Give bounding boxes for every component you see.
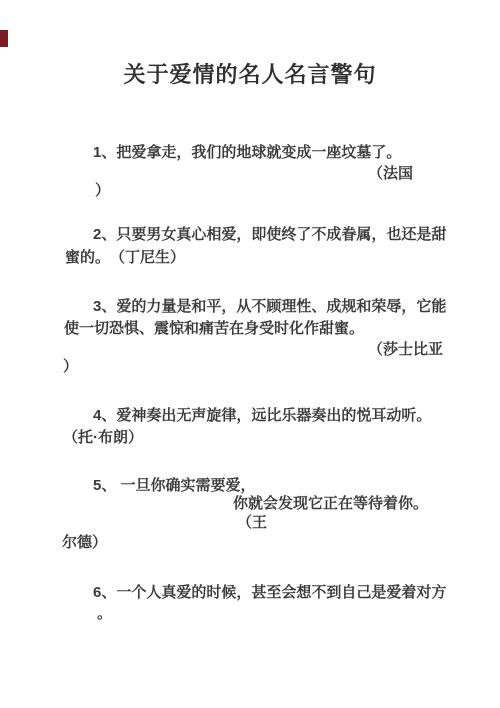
- quote-attribution: （托·布朗）: [63, 429, 143, 446]
- quote-attribution: （法国: [368, 165, 413, 182]
- quote-line: 6、一个人真爱的时候，甚至会想不到自己是爱着对方: [93, 584, 446, 601]
- quote-attribution: （莎士比亚: [368, 341, 443, 358]
- document-page: 关于爱情的名人名言警句 1、把爱拿走，我们的地球就变成一座坟墓了。 （法国 ） …: [0, 0, 500, 708]
- quote-line: 2、只要男女真心相爱，即使终了不成眷属，也还是甜: [93, 226, 446, 243]
- quote-line: 5、 一旦你确实需要爱，: [93, 477, 256, 494]
- corner-mark: [0, 30, 8, 47]
- quote-line: 4、爱神奏出无声旋律，远比乐器奏出的悦耳动听。: [93, 407, 431, 424]
- page-title: 关于爱情的名人名言警句: [0, 58, 500, 89]
- quote-line: ）: [95, 182, 110, 199]
- quote-line: 尔德）: [62, 534, 107, 551]
- quote-line: 你就会发现它正在等待着你。: [233, 495, 428, 512]
- quote-line: 1、把爱拿走，我们的地球就变成一座坟墓了。: [93, 144, 401, 161]
- quote-attribution: （王: [237, 514, 267, 531]
- quote-line: 。: [97, 605, 112, 622]
- quote-line: 3、爱的力量是和平，从不顾理性、成规和荣辱，它能: [93, 298, 446, 315]
- quote-line: 蜜的。 （丁尼生）: [65, 249, 185, 266]
- quote-line: ）: [63, 358, 78, 375]
- quote-line: 使一切恐惧、震惊和痛苦在身受时化作甜蜜。: [64, 320, 364, 337]
